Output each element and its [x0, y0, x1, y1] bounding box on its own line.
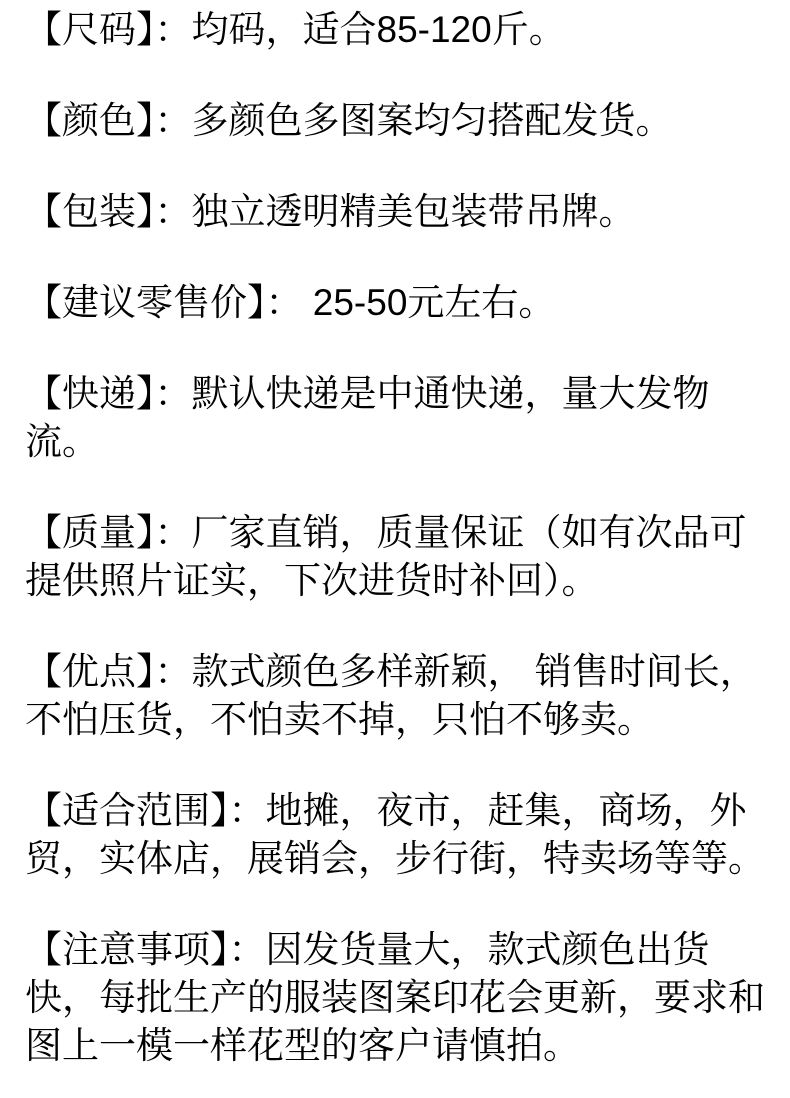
- product-description: 【尺码】：均码，适合85-120斤。 【颜色】：多颜色多图案均匀搭配发货。 【包…: [0, 0, 790, 1070]
- paragraph-size: 【尺码】：均码，适合85-120斤。: [25, 6, 766, 54]
- paragraph-suitable-venues: 【适合范围】：地摊，夜市，赶集，商场，外贸，实体店，展销会，步行街，特卖场等等。: [25, 787, 766, 883]
- paragraph-suggested-retail-price: 【建议零售价】： 25-50元左右。: [25, 279, 766, 327]
- paragraph-shipping: 【快递】：默认快递是中通快递，量大发物流。: [25, 370, 766, 466]
- paragraph-advantages: 【优点】：款式颜色多样新颖， 销售时间长，不怕压货，不怕卖不掉，只怕不够卖。: [25, 648, 766, 744]
- paragraph-quality: 【质量】：厂家直销，质量保证（如有次品可提供照片证实，下次进货时补回）。: [25, 509, 766, 605]
- paragraph-packaging: 【包装】：独立透明精美包装带吊牌。: [25, 188, 766, 236]
- paragraph-notes: 【注意事项】：因发货量大，款式颜色出货快，每批生产的服装图案印花会更新，要求和图…: [25, 926, 766, 1070]
- paragraph-color: 【颜色】：多颜色多图案均匀搭配发货。: [25, 97, 766, 145]
